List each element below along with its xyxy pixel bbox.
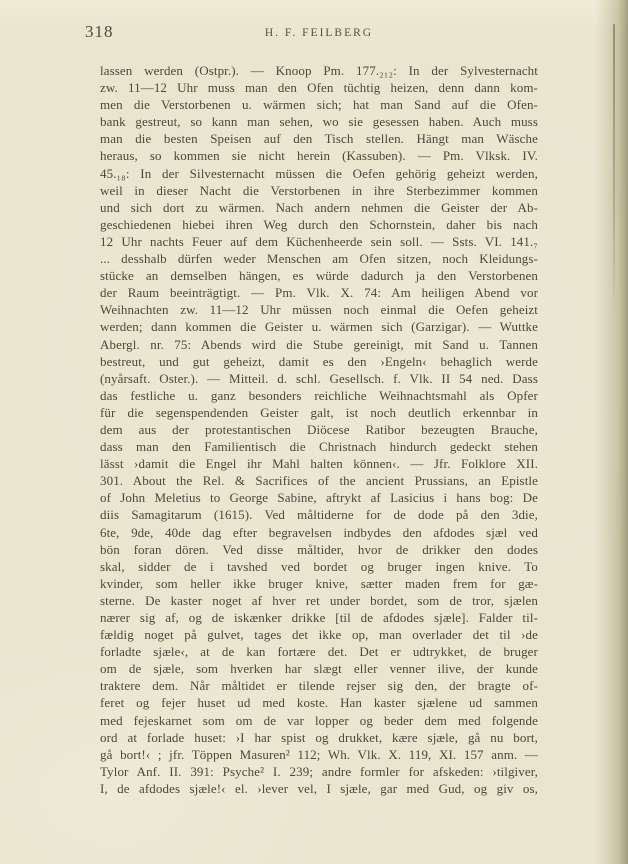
text-line: fældig noget på gulvet, tages det ikke o…	[100, 626, 538, 643]
text-line: om de sjæle, som hverken har slægt eller…	[100, 660, 538, 677]
text-line: für die segenspendenden Geister galt, is…	[100, 404, 538, 421]
text-line: feret og fejer huset ud med koste. Han k…	[100, 694, 538, 711]
text-line: dass man den Familientisch die Christnac…	[100, 438, 538, 455]
page-edge-crease	[613, 24, 615, 314]
text-line: (nyårsaft. Oster.). — Mitteil. d. schl. …	[100, 370, 538, 387]
text-line: Abergl. nr. 75: Abends wird die Stube ge…	[100, 336, 538, 353]
text-line: das festliche u. ganz besonders reichlic…	[100, 387, 538, 404]
text-line: 6te, 9de, 40de dag efter begravelsen ind…	[100, 524, 538, 541]
text-line: nærer sig af, og de iskænker drikke [til…	[100, 609, 538, 626]
text-line: bestreut, und gut geheizt, damit es den …	[100, 353, 538, 370]
text-line: kvinder, som heller ikke bruger knive, s…	[100, 575, 538, 592]
page-edge-shadow	[594, 0, 628, 864]
text-line: gå bort!‹ ; jfr. Töppen Masuren² 112; Wh…	[100, 746, 538, 763]
text-line: 12 Uhr nachts Feuer auf dem Küchenheerde…	[100, 233, 538, 250]
text-line: werden; dann kommen die Geister u. wärme…	[100, 318, 538, 335]
text-line: lässt ›damit die Engel ihr Mahl halten k…	[100, 455, 538, 472]
text-line: lassen werden (Ostpr.). — Knoop Pm. 177.…	[100, 62, 538, 79]
text-line: 301. About the Rel. & Sacrifices of the …	[100, 472, 538, 489]
text-line: of John Meletius to George Sabine, aftry…	[100, 489, 538, 506]
text-line: bön foran dören. Ved disse måltider, hvo…	[100, 541, 538, 558]
book-page: 318 H. F. FEILBERG lassen werden (Ostpr.…	[0, 0, 628, 864]
text-line: dem aus der protestantischen Diöcese Rat…	[100, 421, 538, 438]
text-line: ord at forlade huset: ›I har spist og dr…	[100, 729, 538, 746]
text-line: forladte sjæle‹, at de kan fortære det. …	[100, 643, 538, 660]
text-line: traktere dem. Når måltidet er tilende re…	[100, 677, 538, 694]
text-line: und sich dort zu wärmen. Nach andern neh…	[100, 199, 538, 216]
text-line: Weihnachten zw. 11—12 Uhr müssen noch ei…	[100, 301, 538, 318]
text-line: 45.₁₈: In der Silvesternacht müssen die …	[100, 165, 538, 182]
text-line: man die besten Speisen auf den Tisch ste…	[100, 130, 538, 147]
text-line: Tylor Anf. II. 391: Psyche² I. 239; andr…	[100, 763, 538, 780]
text-line: ... desshalb dürfen weder Menschen am Of…	[100, 250, 538, 267]
text-line: med fejeskarnet som om de var lopper og …	[100, 712, 538, 729]
text-line: der Raum beeinträgtigt. — Pm. Vlk. X. 74…	[100, 284, 538, 301]
text-line: diis Samagitarum (1615). Ved måltiderne …	[100, 506, 538, 523]
running-header: H. F. FEILBERG	[100, 27, 538, 39]
text-line: geschiedenen hiebei ihren Weg durch den …	[100, 216, 538, 233]
text-line: skal, sidder de i tavshed ved bordet og …	[100, 558, 538, 575]
text-line: stücke an demselben hängen, es würde dad…	[100, 267, 538, 284]
text-line: zw. 11—12 Uhr muss man den Ofen tüchtig …	[100, 79, 538, 96]
body-text: lassen werden (Ostpr.). — Knoop Pm. 177.…	[100, 62, 538, 797]
text-line: weil in dieser Nacht die Verstorbenen in…	[100, 182, 538, 199]
text-line: men die Verstorbenen u. wärmen sich; hat…	[100, 96, 538, 113]
page-header: 318 H. F. FEILBERG	[0, 22, 600, 44]
text-line: bank gestreut, so kann man sehen, wo sie…	[100, 113, 538, 130]
text-line: heraus, so kommen sie nicht herein (Kass…	[100, 147, 538, 164]
text-line: sterne. De kaster noget af hver ret unde…	[100, 592, 538, 609]
text-line: I, de afdodes sjæle!‹ el. ›lever vel, I …	[100, 780, 538, 797]
